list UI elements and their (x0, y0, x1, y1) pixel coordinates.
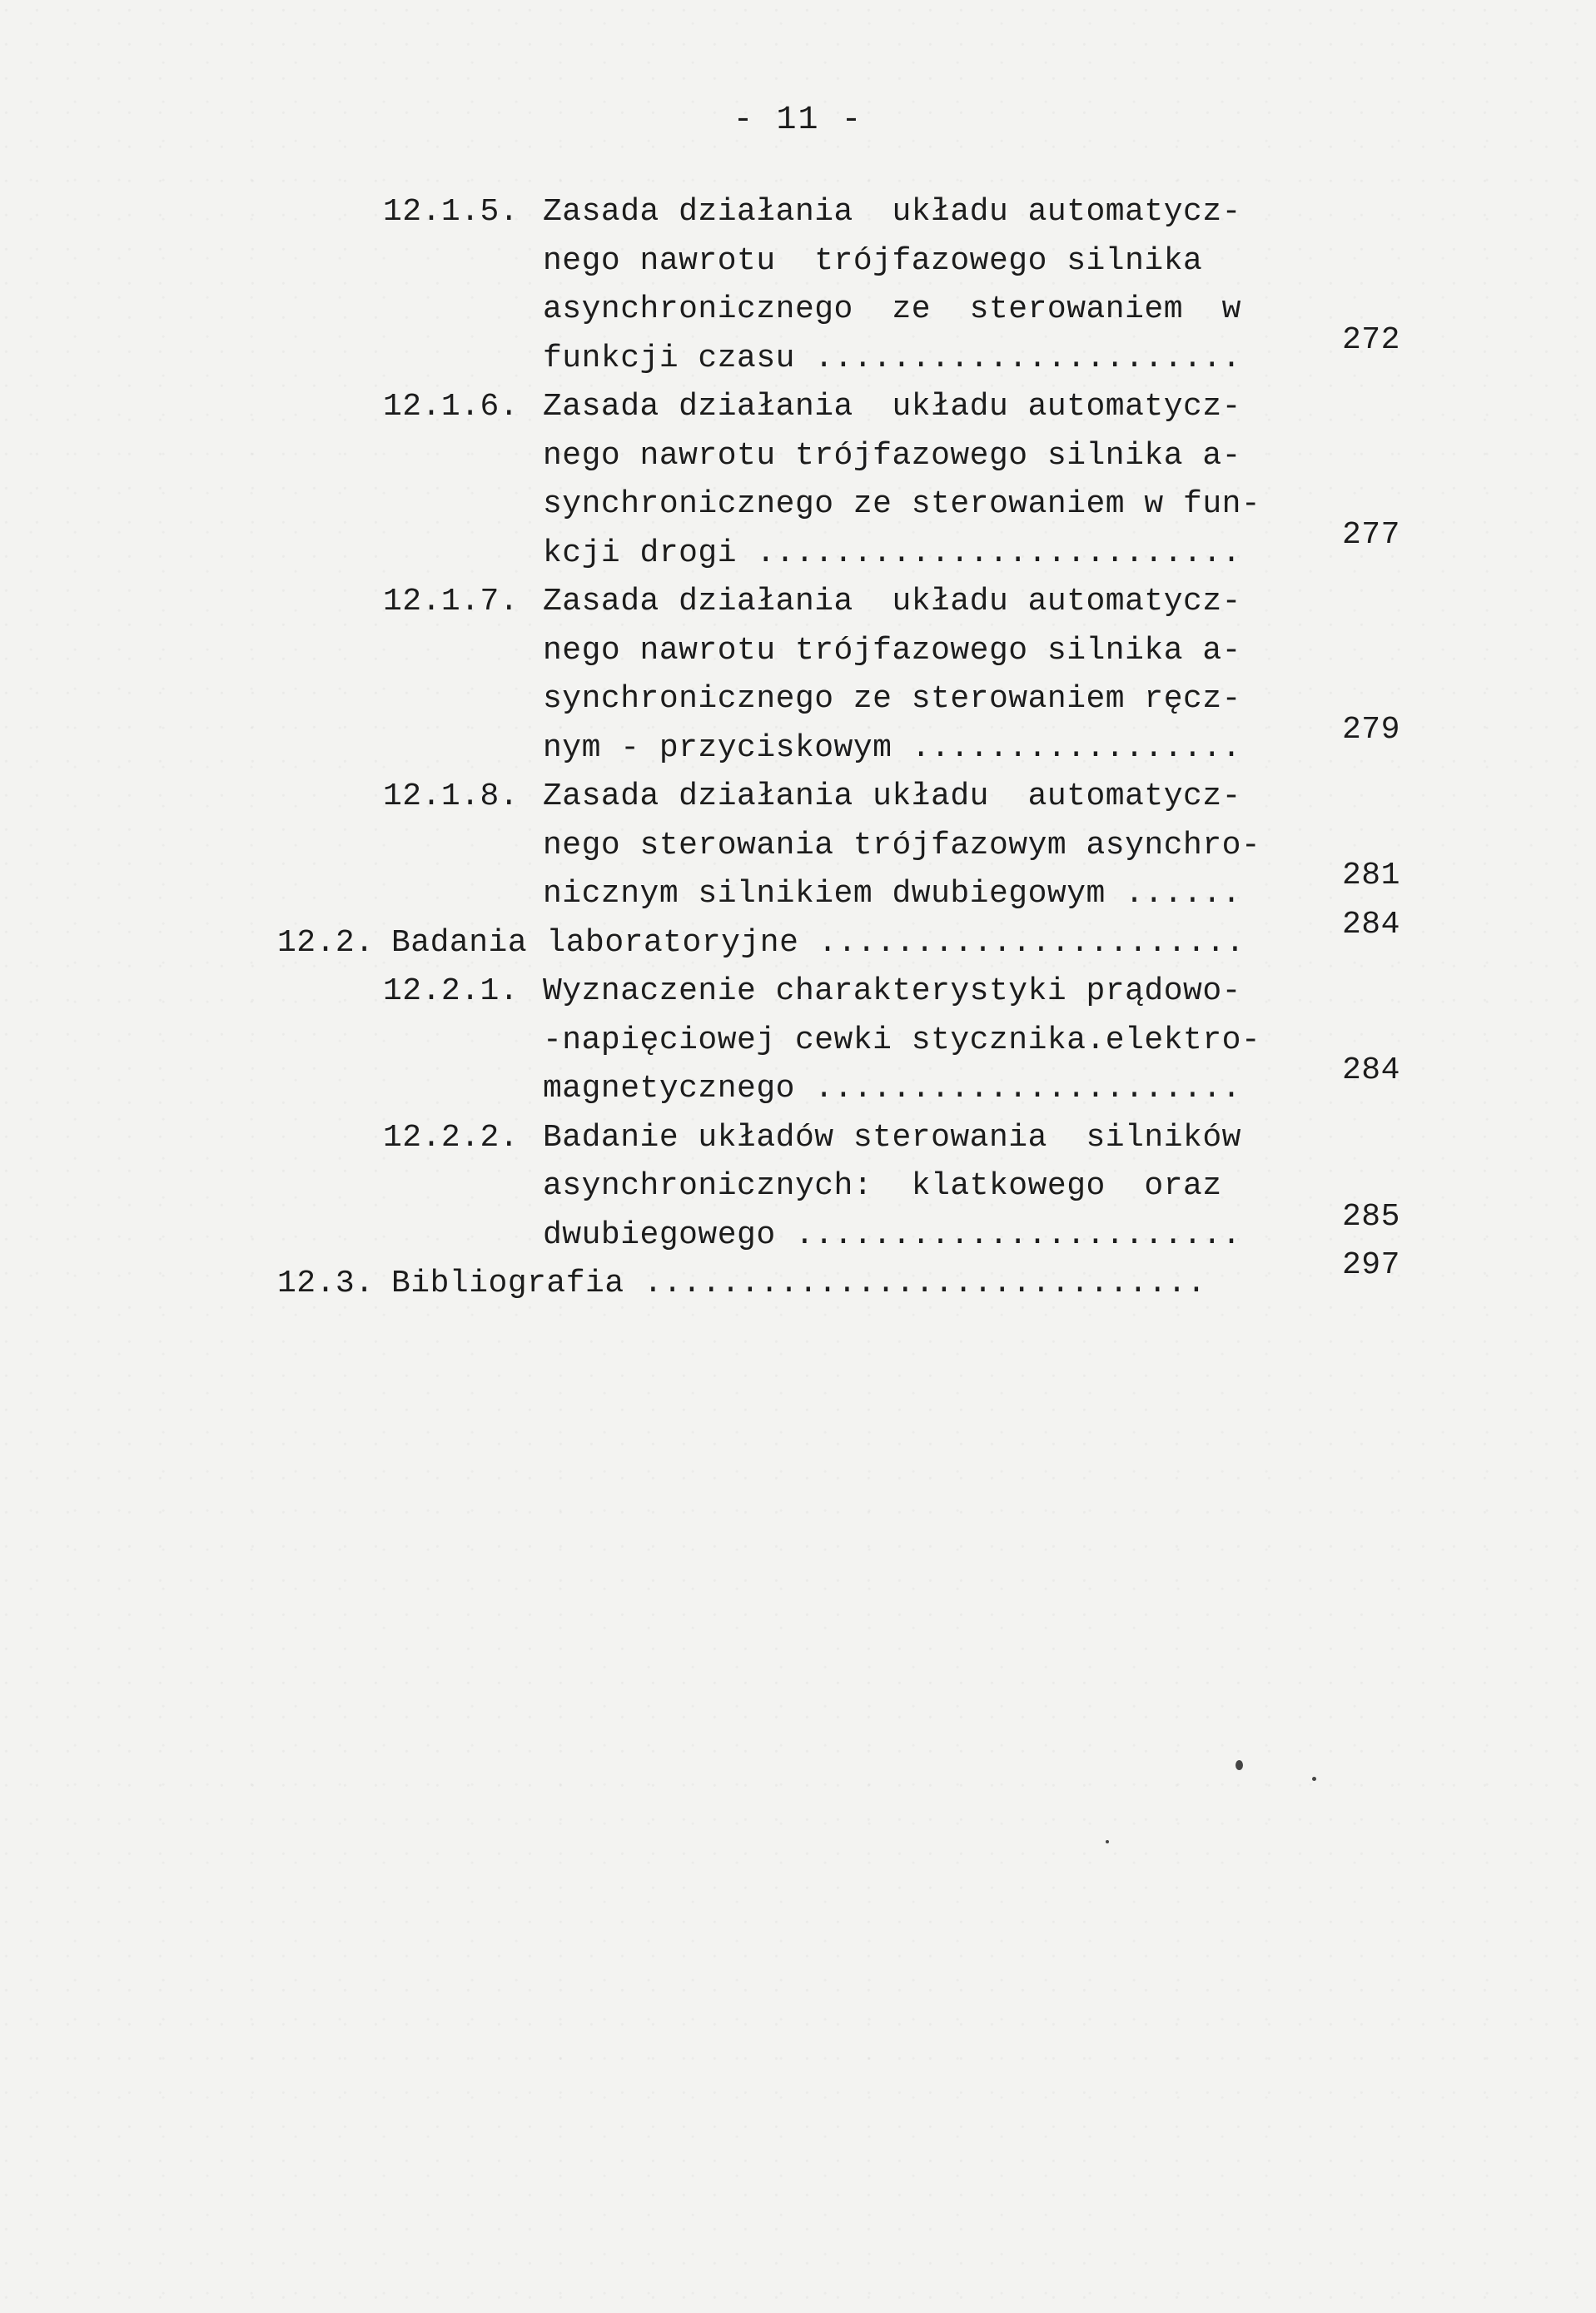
toc-entry-line: 12.2.1.Wyznaczenie charakterystyki prądo… (0, 967, 1596, 1017)
toc-entry-line: 12.3.Bibliografia ......................… (0, 1260, 1596, 1309)
toc-entry-page: 272 (1342, 316, 1400, 366)
toc-entry[interactable]: 12.2.1.Wyznaczenie charakterystyki prądo… (0, 967, 1596, 1114)
toc-entry[interactable]: 12.1.6.Zasada działania układu automatyc… (0, 383, 1596, 578)
toc-entry-title-line: nego nawrotu trójfazowego silnika a- (543, 627, 1241, 676)
toc-entry-title-line: Zasada działania układu automatycz- (543, 188, 1241, 237)
toc-entry-number: 12.1.7. (383, 578, 519, 627)
toc-entry-line: 12.1.7.Zasada działania układu automatyc… (0, 578, 1596, 627)
toc-entry-title-line: Zasada działania układu automatycz- (543, 383, 1241, 432)
toc-entry-page: 284 (1342, 1047, 1400, 1096)
toc-entry-title-line: nego sterowania trójfazowym asynchro- (543, 822, 1260, 871)
toc-entry[interactable]: 12.1.5.Zasada działania układu automatyc… (0, 188, 1596, 383)
toc-entry[interactable]: 12.1.8.Zasada działania układu automatyc… (0, 773, 1596, 919)
ink-speck (1236, 1760, 1243, 1770)
toc-entry-page: 297 (1342, 1241, 1400, 1291)
toc-entry-page: 277 (1342, 511, 1400, 560)
toc-entry-title-line: Wyznaczenie charakterystyki prądowo- (543, 967, 1241, 1017)
toc-entry-page: 279 (1342, 706, 1400, 755)
toc-entry-line: nego nawrotu trójfazowego silnika (0, 237, 1596, 286)
toc-entry-line: nym - przyciskowym .................279 (0, 724, 1596, 773)
toc-entry-title-line: synchronicznego ze sterowaniem ręcz- (543, 675, 1241, 724)
toc-entry-number: 12.2.1. (383, 967, 519, 1017)
toc-entry-number: 12.3. (277, 1260, 375, 1309)
toc-entry-page: 281 (1342, 852, 1400, 901)
toc-entry-line: kcji drogi .........................277 (0, 530, 1596, 579)
toc-entry-line: magnetycznego ......................284 (0, 1065, 1596, 1114)
toc-entry-title-line: nego nawrotu trójfazowego silnika (543, 237, 1202, 286)
toc-entry-title-line: kcji drogi ......................... (543, 530, 1241, 579)
toc-entry-line: 12.2.Badania laboratoryjne .............… (0, 919, 1596, 968)
toc-entry-title-line: magnetycznego ...................... (543, 1065, 1241, 1114)
toc-entry[interactable]: 12.2.Badania laboratoryjne .............… (0, 919, 1596, 968)
toc-entry-title-line: Badanie układów sterowania silników (543, 1114, 1241, 1163)
toc-entry[interactable]: 12.3.Bibliografia ......................… (0, 1260, 1596, 1309)
toc-entry-title-line: -napięciowej cewki stycznika.elektro- (543, 1017, 1260, 1066)
toc-entry[interactable]: 12.2.2.Badanie układów sterowania silnik… (0, 1114, 1596, 1261)
toc-entry-line: 12.2.2.Badanie układów sterowania silnik… (0, 1114, 1596, 1163)
toc-entry-title-line: Badania laboratoryjne ..................… (391, 919, 1245, 968)
toc-entry-title-line: nego nawrotu trójfazowego silnika a- (543, 432, 1241, 481)
toc-entry-title-line: nym - przyciskowym ................. (543, 724, 1241, 773)
toc-entry-page: 284 (1342, 901, 1400, 950)
toc-entry-line: 12.1.8.Zasada działania układu automatyc… (0, 773, 1596, 822)
toc-entry-title-line: funkcji czasu ...................... (543, 335, 1241, 384)
toc-entry-title-line: asynchronicznego ze sterowaniem w (543, 286, 1241, 335)
toc-entry-line: 12.1.6.Zasada działania układu automatyc… (0, 383, 1596, 432)
toc-entry-number: 12.2. (277, 919, 375, 968)
toc-entry[interactable]: 12.1.7.Zasada działania układu automatyc… (0, 578, 1596, 773)
toc-entry-title-line: asynchronicznych: klatkowego oraz (543, 1162, 1222, 1211)
toc-entry-page: 285 (1342, 1193, 1400, 1242)
toc-entry-title-line: synchronicznego ze sterowaniem w fun- (543, 480, 1260, 530)
toc-entry-title-line: Zasada działania układu automatycz- (543, 578, 1241, 627)
toc-entry-line: nego nawrotu trójfazowego silnika a- (0, 432, 1596, 481)
toc-entry-title-line: nicznym silnikiem dwubiegowym ...... (543, 870, 1241, 919)
toc-entry-line: funkcji czasu ......................272 (0, 335, 1596, 384)
toc-entry-line: nego nawrotu trójfazowego silnika a- (0, 627, 1596, 676)
toc-entry-line: 12.1.5.Zasada działania układu automatyc… (0, 188, 1596, 237)
ink-speck (1312, 1777, 1316, 1781)
toc-entry-number: 12.1.5. (383, 188, 519, 237)
page-number: - 11 - (0, 102, 1596, 139)
toc-entry-title-line: dwubiegowego ....................... (543, 1211, 1241, 1261)
toc-entry-number: 12.1.8. (383, 773, 519, 822)
toc-entry-number: 12.1.6. (383, 383, 519, 432)
toc-entry-number: 12.2.2. (383, 1114, 519, 1163)
ink-speck (1106, 1840, 1109, 1843)
toc-entry-title-line: Zasada działania układu automatycz- (543, 773, 1241, 822)
toc-entry-title-line: Bibliografia ...........................… (391, 1260, 1206, 1309)
table-of-contents: 12.1.5.Zasada działania układu automatyc… (0, 188, 1596, 1309)
